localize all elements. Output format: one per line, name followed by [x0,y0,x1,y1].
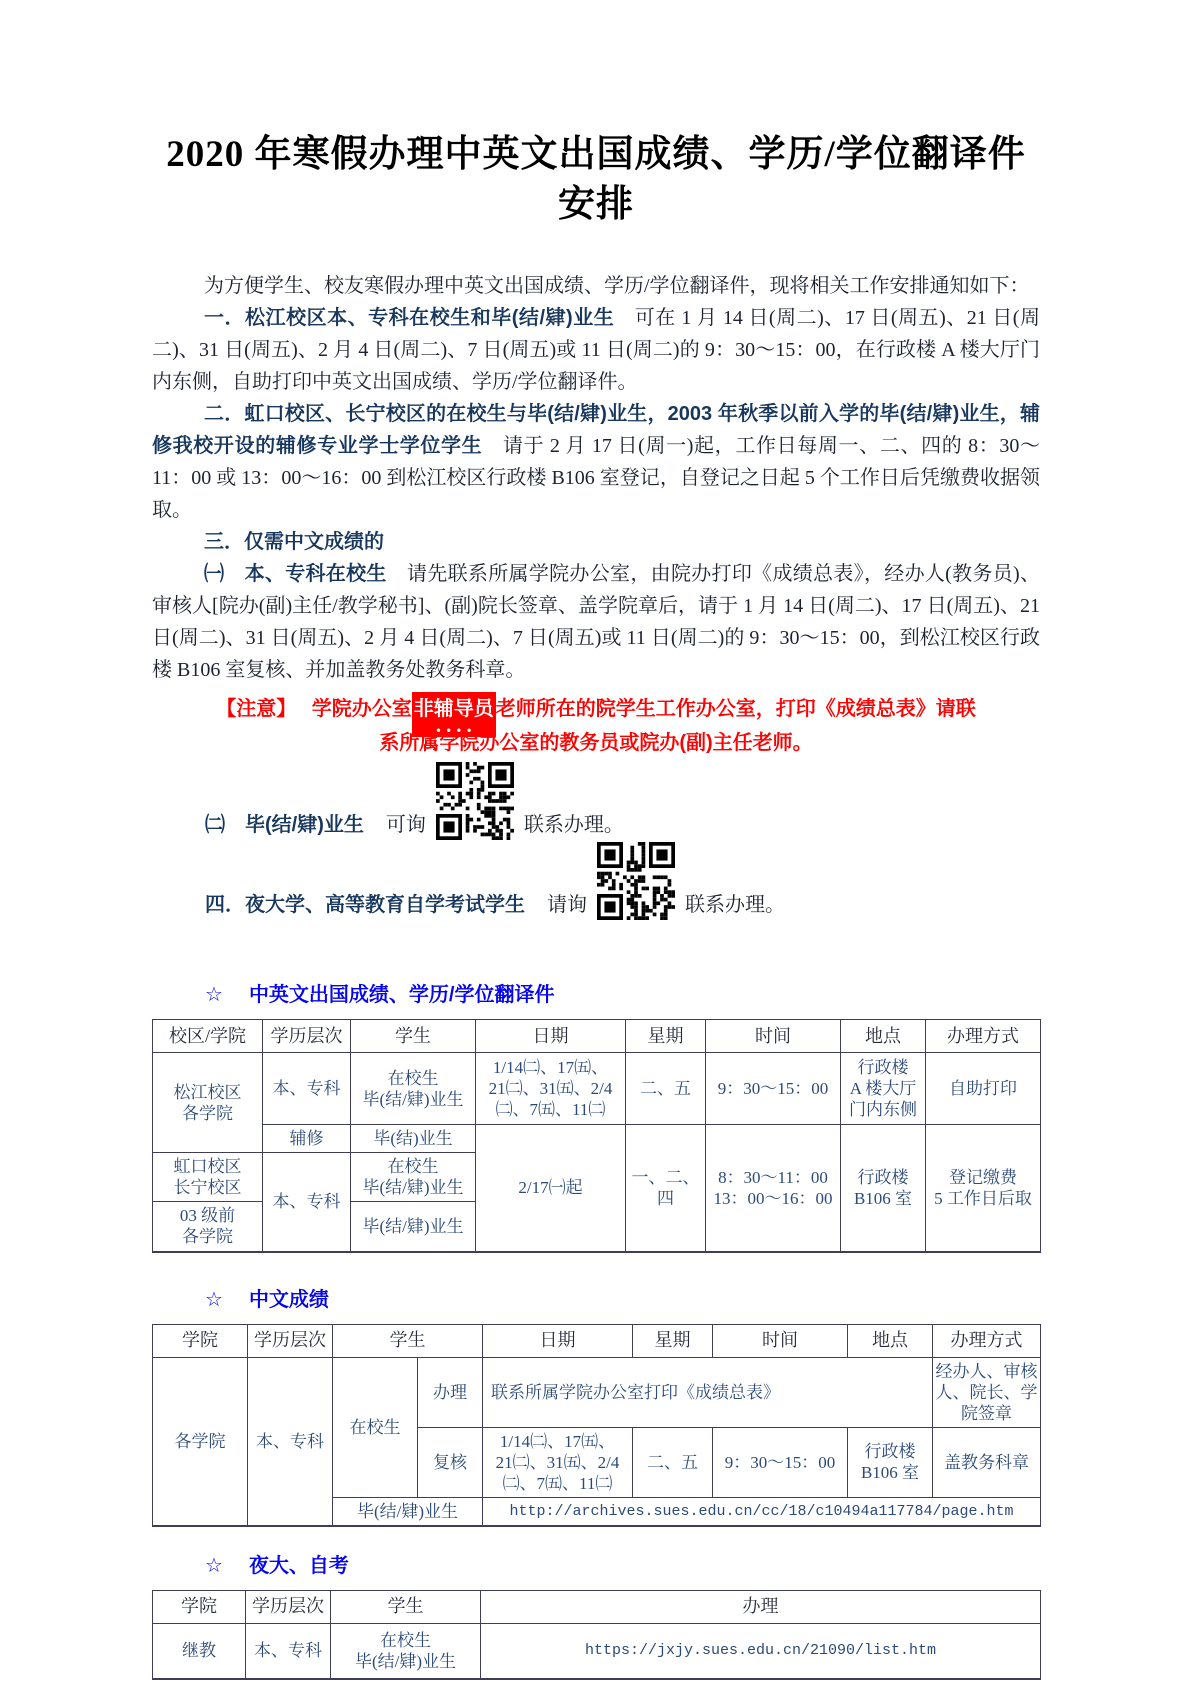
section-3-heading: 三．仅需中文成绩的 [152,526,1040,558]
table-3-header-row: 学院 学历层次 学生 办理 [153,1590,1041,1623]
cell-step-review: 复核 [418,1427,483,1497]
col-header: 时间 [713,1324,848,1357]
notice-highlight: 非辅导员•••• [412,692,496,726]
table-1-caption: ☆中英文出国成绩、学历/学位翻译件 [205,978,1040,1007]
notice-block: 【注意】 学院办公室非辅导员••••老师所在的院学生工作办公室，打印《成绩总表》… [152,692,1040,760]
star-icon: ☆ [205,1289,223,1311]
col-header: 日期 [483,1324,633,1357]
section-3-2-label: ㈡ 毕(结/肄)业生 [205,810,364,840]
cell-students: 毕(结/肄)业生 [333,1497,483,1526]
col-header: 办理方式 [926,1020,1041,1053]
cell-weekdays: 二、五 [626,1053,706,1125]
col-header: 办理 [481,1590,1041,1623]
col-header: 星期 [626,1020,706,1053]
section-2-paragraph: 二．虹口校区、长宁校区的在校生与毕(结/肄)业生，2003 年秋季以前入学的毕(… [152,398,1040,526]
section-4-post-text: 联系办理。 [685,890,785,920]
cell-students: 在校生 毕(结/肄)业生 [331,1623,481,1679]
cell-students: 在校生 [333,1357,418,1497]
table-3-caption-text: 夜大、自考 [249,1555,349,1577]
col-header: 学历层次 [248,1324,333,1357]
cell-campus-hongkou: 虹口校区 长宁校区 [153,1153,263,1202]
col-header: 学生 [331,1590,481,1623]
cell-college: 各学院 [153,1357,248,1526]
intro-paragraph: 为方便学生、校友寒假办理中英文出国成绩、学历/学位翻译件，现将相关工作安排通知如… [152,270,1040,302]
cell-weekdays: 二、五 [633,1427,713,1497]
page-title: 2020 年寒假办理中英文出国成绩、学历/学位翻译件安排 [152,130,1040,230]
notice-line-1-prefix: 【注意】 学院办公室 [216,698,412,720]
table-adult-education: 学院 学历层次 学生 办理 继教 本、专科 在校生 毕(结/肄)业生 https… [152,1590,1041,1681]
cell-students: 在校生 毕(结/肄)业生 [351,1053,476,1125]
col-header: 地点 [841,1020,926,1053]
col-header: 日期 [476,1020,626,1053]
cell-method: 经办人、审核人、院长、学院签章 [933,1357,1041,1427]
star-icon: ☆ [205,984,223,1006]
cell-level-minor: 辅修 [263,1125,351,1153]
cell-students: 在校生 毕(结/肄)业生 [351,1153,476,1202]
table-row: 各学院 本、专科 在校生 办理 联系所属学院办公室打印《成绩总表》 经办人、审核… [153,1357,1041,1427]
table-row: 松江校区 各学院 本、专科 在校生 毕(结/肄)业生 1/14㈡、17㈤、 21… [153,1053,1041,1125]
col-header: 时间 [706,1020,841,1053]
cell-college: 继教 [153,1623,246,1679]
table-2-caption-text: 中文成绩 [249,1289,329,1311]
section-1-paragraph: 一．松江校区本、专科在校生和毕(结/肄)业生 可在 1 月 14 日(周二)、1… [152,302,1040,398]
col-header: 学院 [153,1324,248,1357]
cell-place: 行政楼 B106 室 [841,1125,926,1252]
notice-line-1: 【注意】 学院办公室非辅导员••••老师所在的院学生工作办公室，打印《成绩总表》… [152,692,1040,726]
cell-level: 本、专科 [263,1153,351,1252]
star-icon: ☆ [205,1555,223,1577]
cell-campus-songjiang: 松江校区 各学院 [153,1053,263,1153]
section-3-1-paragraph: ㈠ 本、专科在校生 请先联系所属学院办公室，由院办打印《成绩总表》，经办人(教务… [152,558,1040,686]
section-4-line: 四．夜大学、高等教育自学考试学生 请询 联系办理。 [205,842,1040,920]
col-header: 星期 [633,1324,713,1357]
col-header: 学历层次 [263,1020,351,1053]
table-chinese-transcript: 学院 学历层次 学生 日期 星期 时间 地点 办理方式 各学院 本、专科 在校生… [152,1324,1041,1527]
table-1-header-row: 校区/学院 学历层次 学生 日期 星期 时间 地点 办理方式 [153,1020,1041,1053]
table-row: 辅修 毕(结)业生 2/17㈠起 一、二、 四 8：30～11：00 13：00… [153,1125,1041,1153]
cell-apply-instruction: 联系所属学院办公室打印《成绩总表》 [483,1357,933,1427]
table-row: 继教 本、专科 在校生 毕(结/肄)业生 https://jxjy.sues.e… [153,1623,1041,1679]
section-3-2-post-text: 联系办理。 [524,810,624,840]
cell-campus-pre03: 03 级前 各学院 [153,1202,263,1252]
table-3-caption: ☆夜大、自考 [205,1549,1040,1578]
col-header: 学生 [333,1324,483,1357]
notice-highlight-text: 非辅导员 [414,698,494,720]
col-header: 学院 [153,1590,246,1623]
section-3-2-line: ㈡ 毕(结/肄)业生 可询 联系办理。 [205,762,1040,840]
notice-line-1-suffix: 老师所在的院学生工作办公室，打印《成绩总表》请联 [496,698,976,720]
cell-dates: 1/14㈡、17㈤、 21㈡、31㈤、2/4 ㈡、7㈤、11㈡ [483,1427,633,1497]
section-1-label: 一．松江校区本、专科在校生和毕(结/肄)业生 [204,307,614,329]
cell-place: 行政楼 B106 室 [848,1427,933,1497]
cell-method: 登记缴费 5 工作日后取 [926,1125,1041,1252]
jxjy-url-link: https://jxjy.sues.edu.cn/21090/list.htm [481,1623,1041,1679]
section-3-1-label: ㈠ 本、专科在校生 [204,563,387,585]
archives-url-link: http://archives.sues.edu.cn/cc/18/c10494… [483,1497,1041,1526]
col-header: 地点 [848,1324,933,1357]
table-2-header-row: 学院 学历层次 学生 日期 星期 时间 地点 办理方式 [153,1324,1041,1357]
col-header: 学历层次 [246,1590,331,1623]
cell-students: 毕(结/肄)业生 [351,1202,476,1252]
qr-code-adult-education-icon [597,842,675,920]
table-translation-documents: 校区/学院 学历层次 学生 日期 星期 时间 地点 办理方式 松江校区 各学院 … [152,1019,1041,1253]
col-header: 办理方式 [933,1324,1041,1357]
section-4-label: 四．夜大学、高等教育自学考试学生 [205,890,525,920]
cell-time: 9：30～15：00 [706,1053,841,1125]
col-header: 校区/学院 [153,1020,263,1053]
col-header: 学生 [351,1020,476,1053]
cell-weekdays: 一、二、 四 [626,1125,706,1252]
cell-students: 毕(结)业生 [351,1125,476,1153]
cell-step-apply: 办理 [418,1357,483,1427]
table-2-caption: ☆中文成绩 [205,1283,1040,1312]
cell-method: 盖教务科章 [933,1427,1041,1497]
cell-place: 行政楼 A 楼大厅 门内东侧 [841,1053,926,1125]
qr-code-graduates-icon [436,762,514,840]
section-3-2-pre-text: 可询 [386,810,426,840]
cell-level: 本、专科 [263,1053,351,1125]
section-4-pre-text: 请询 [547,890,587,920]
document-page: 2020 年寒假办理中英文出国成绩、学历/学位翻译件安排 为方便学生、校友寒假办… [0,0,1191,1680]
cell-dates: 1/14㈡、17㈤、 21㈡、31㈤、2/4 ㈡、7㈤、11㈡ [476,1053,626,1125]
cell-time: 9：30～15：00 [713,1427,848,1497]
cell-dates: 2/17㈠起 [476,1125,626,1252]
table-1-caption-text: 中英文出国成绩、学历/学位翻译件 [249,984,555,1006]
section-3-label: 三．仅需中文成绩的 [204,531,384,553]
cell-level: 本、专科 [248,1357,333,1526]
emphasis-dots: •••• [412,725,496,737]
cell-time: 8：30～11：00 13：00～16：00 [706,1125,841,1252]
cell-method: 自助打印 [926,1053,1041,1125]
notice-line-2: 系所属学院办公室的教务员或院办(副)主任老师。 [152,726,1040,760]
cell-level: 本、专科 [246,1623,331,1679]
